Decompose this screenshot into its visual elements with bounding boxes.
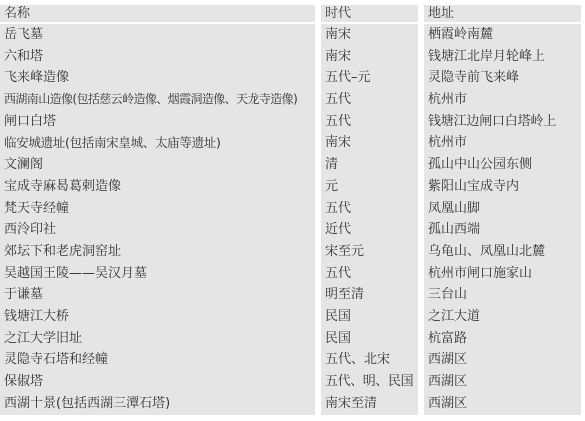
cell-address: 之江大道 [424,306,581,328]
cell-era: 五代–元 [321,67,418,89]
cell-name: 吴越国王陵——吴汉月墓 [0,263,315,285]
name-column-body: 岳飞墓 六和塔 飞来峰造像 西湖南山造像(包括慈云岭造像、烟霞洞造像、天龙寺造像… [0,24,315,415]
cell-era: 五代、明、民国 [321,371,418,393]
cell-name: 于谦墓 [0,284,315,306]
cell-era: 清 [321,154,418,176]
cell-era: 南宋 [321,132,418,154]
era-column: 时代 南宋 南宋 五代–元 五代 五代 南宋 清 元 五代 近代 宋至元 五代 … [321,5,418,415]
cell-address: 钱塘江北岸月轮峰上 [424,46,581,68]
cell-era: 五代 [321,89,418,111]
cell-address: 杭州市 [424,132,581,154]
cell-name: 之江大学旧址 [0,328,315,350]
cell-era: 南宋 [321,24,418,46]
cell-era: 明至清 [321,284,418,306]
cell-era: 民国 [321,306,418,328]
cell-name: 宝成寺麻曷葛剌造像 [0,176,315,198]
cell-address: 孤山中山公园东侧 [424,154,581,176]
cell-era: 五代 [321,263,418,285]
cell-address: 钱塘江边闸口白塔岭上 [424,111,581,133]
cell-name: 西湖南山造像(包括慈云岭造像、烟霞洞造像、天龙寺造像) [0,89,315,111]
cell-name: 岳飞墓 [0,24,315,46]
cell-address: 西湖区 [424,349,581,371]
cell-address: 杭州市闸口施家山 [424,263,581,285]
cell-address: 灵隐寺前飞来峰 [424,67,581,89]
cell-address: 乌龟山、凤凰山北麓 [424,241,581,263]
cell-era: 近代 [321,219,418,241]
cell-name: 郊坛下和老虎洞窑址 [0,241,315,263]
cell-name: 梵天寺经幢 [0,198,315,220]
cell-name: 闸口白塔 [0,111,315,133]
cell-name: 临安城遗址(包括南宋皇城、太庙等遗址) [0,132,315,154]
cell-address: 孤山西端 [424,219,581,241]
cell-name: 飞来峰造像 [0,67,315,89]
cell-era: 五代 [321,198,418,220]
cell-address: 西湖区 [424,371,581,393]
cell-name: 西泠印社 [0,219,315,241]
cell-name: 灵隐寺石塔和经幢 [0,349,315,371]
cell-address: 杭州市 [424,89,581,111]
cell-era: 民国 [321,328,418,350]
header-address: 地址 [424,5,581,22]
cell-address: 栖霞岭南麓 [424,24,581,46]
era-column-body: 南宋 南宋 五代–元 五代 五代 南宋 清 元 五代 近代 宋至元 五代 明至清… [321,24,418,415]
address-column: 地址 栖霞岭南麓 钱塘江北岸月轮峰上 灵隐寺前飞来峰 杭州市 钱塘江边闸口白塔岭… [424,5,581,415]
cell-era: 南宋 [321,46,418,68]
address-column-body: 栖霞岭南麓 钱塘江北岸月轮峰上 灵隐寺前飞来峰 杭州市 钱塘江边闸口白塔岭上 杭… [424,24,581,415]
cell-era: 五代 [321,111,418,133]
cell-name: 文澜阁 [0,154,315,176]
cell-address: 凤凰山脚 [424,198,581,220]
cell-era: 宋至元 [321,241,418,263]
cell-name: 西湖十景(包括西湖三潭石塔) [0,393,315,415]
cell-era: 元 [321,176,418,198]
cell-address: 紫阳山宝成寺内 [424,176,581,198]
cell-name: 六和塔 [0,46,315,68]
name-column: 名称 岳飞墓 六和塔 飞来峰造像 西湖南山造像(包括慈云岭造像、烟霞洞造像、天龙… [0,5,315,415]
cell-name: 钱塘江大桥 [0,306,315,328]
header-era: 时代 [321,5,418,22]
cell-era: 南宋至清 [321,393,418,415]
cell-address: 杭富路 [424,328,581,350]
header-name: 名称 [0,5,315,22]
cell-era: 五代、北宋 [321,349,418,371]
cell-address: 三台山 [424,284,581,306]
cell-name: 保俶塔 [0,371,315,393]
cell-address: 西湖区 [424,393,581,415]
